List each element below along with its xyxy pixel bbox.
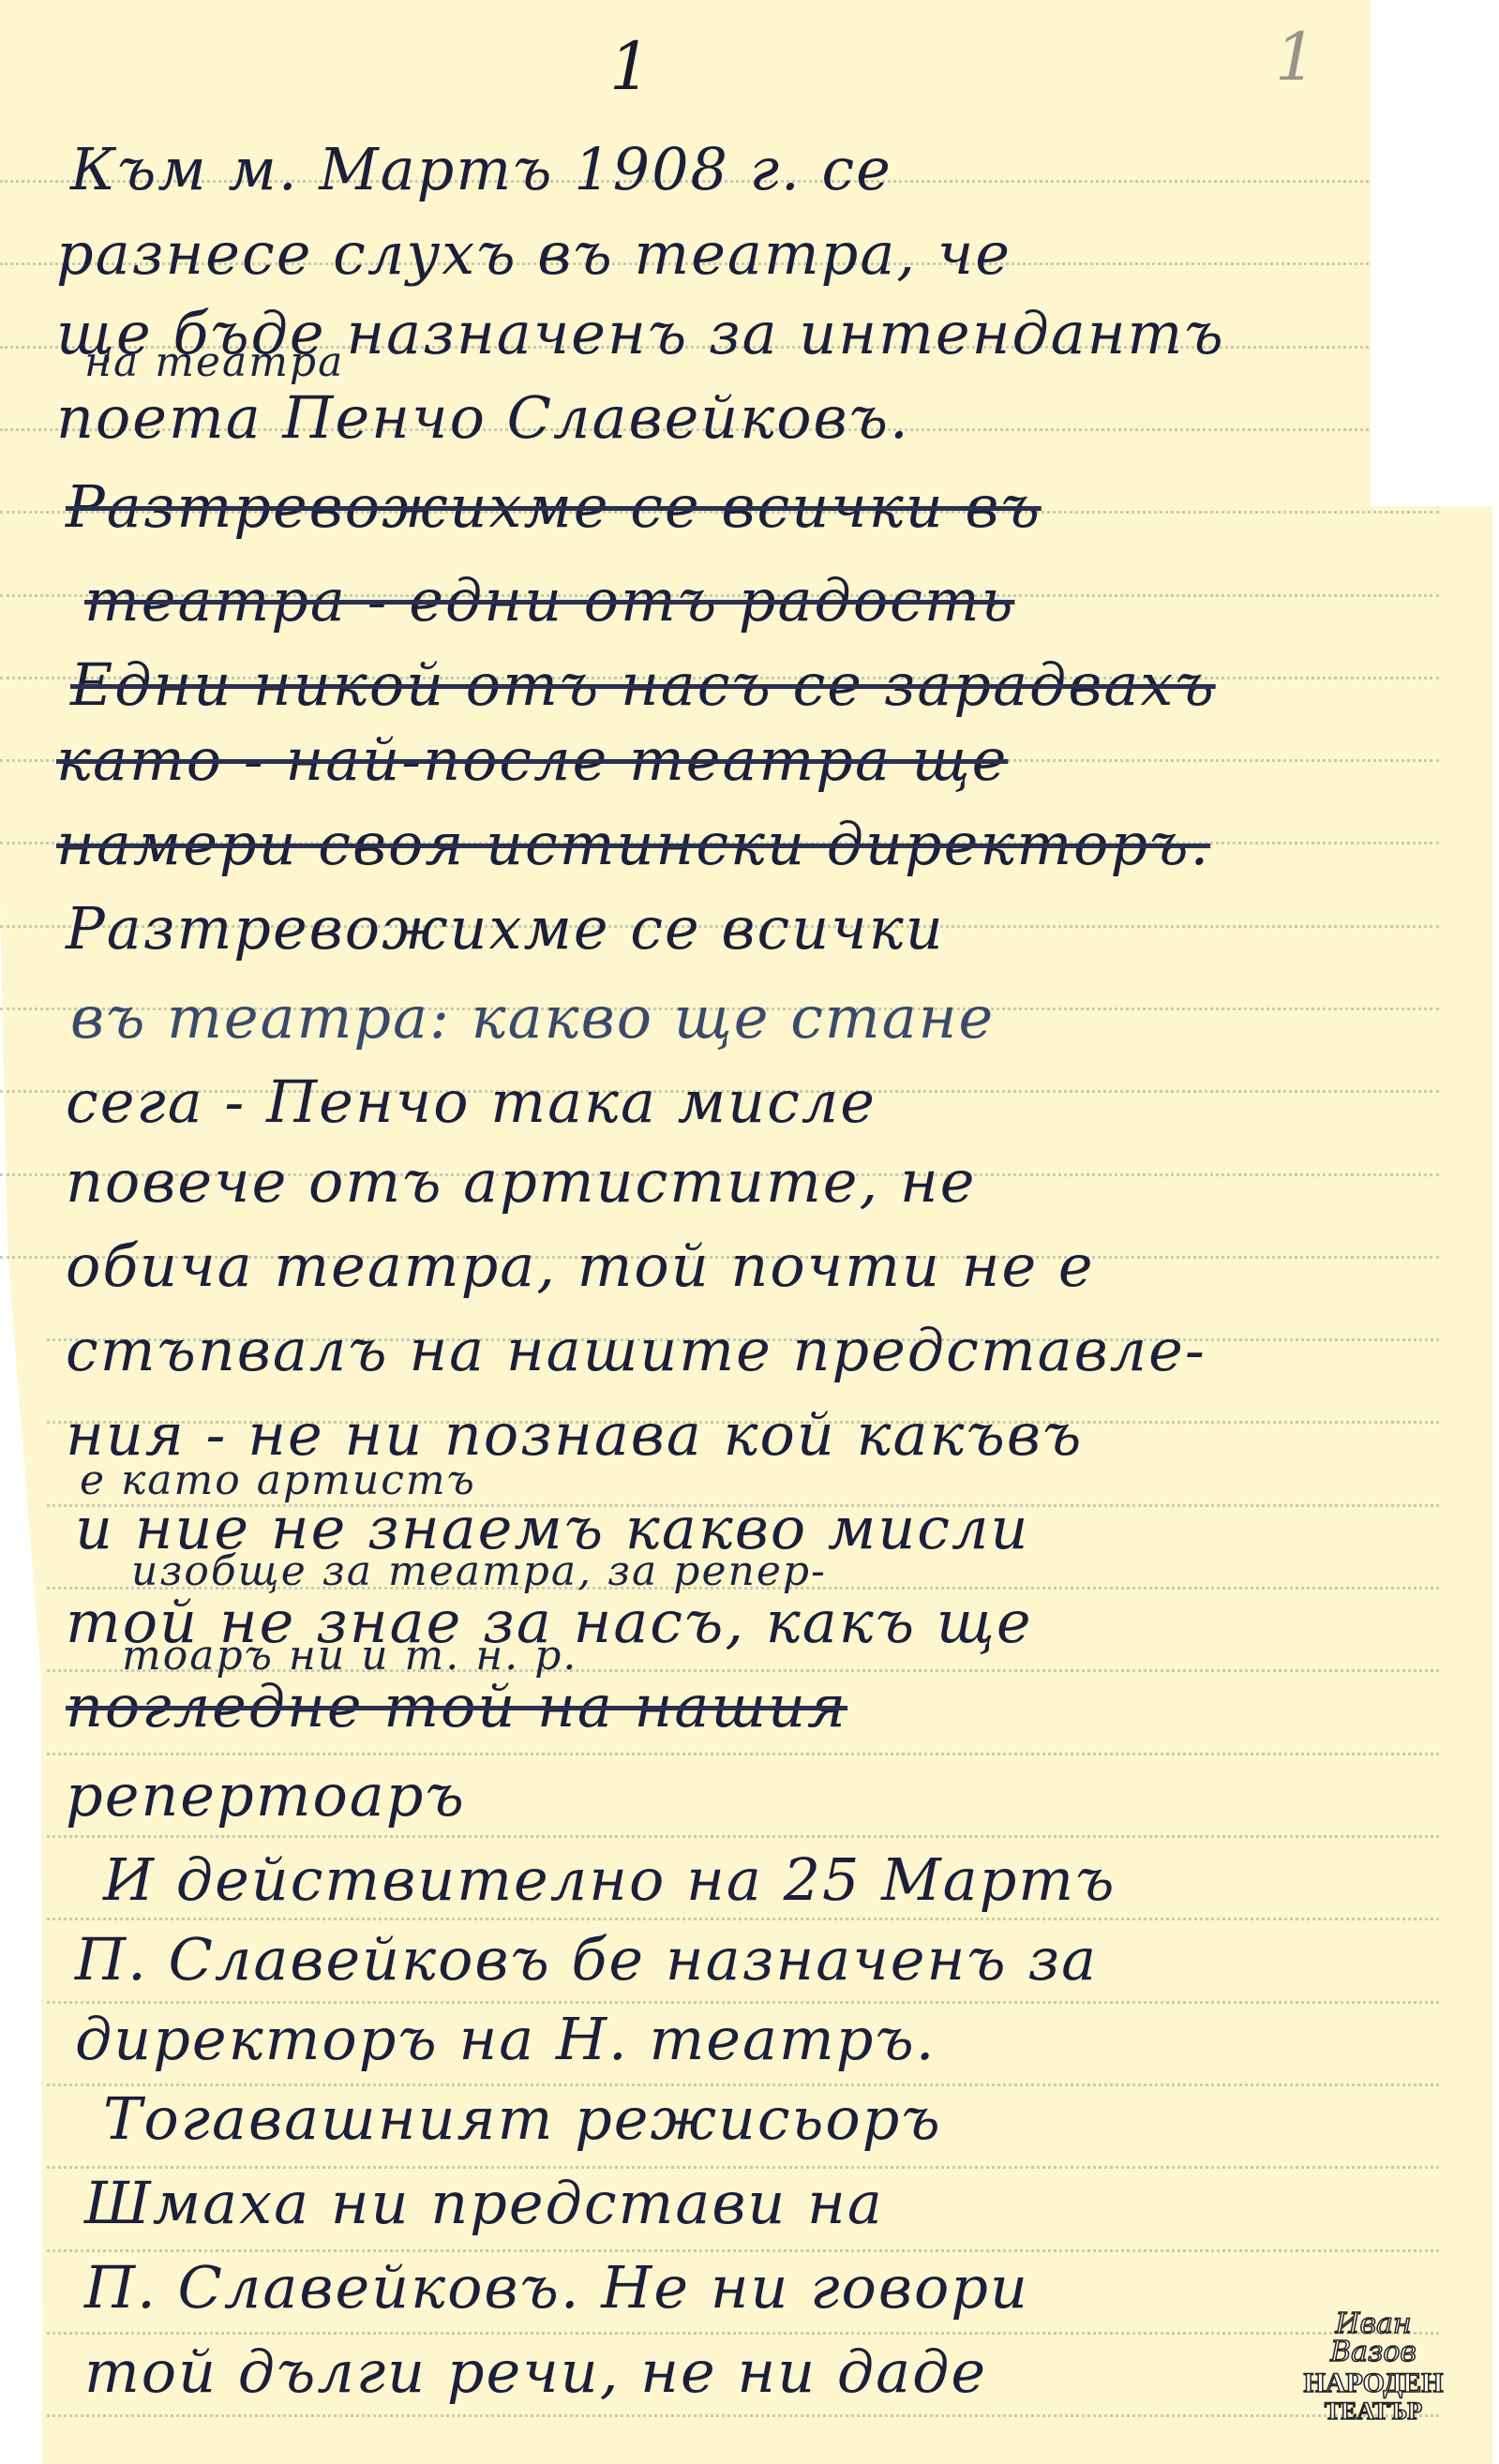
logo-signature: Иван Вазов [1294,2310,1453,2367]
paper-sheet-top [0,0,1371,525]
paper-sheet-main [0,506,1492,2464]
logo-line-2: ТЕАТЪР [1294,2398,1453,2424]
national-theatre-logo: Иван Вазов НАРОДЕН ТЕАТЪР [1294,2310,1453,2424]
logo-line-1: НАРОДЕН [1294,2368,1453,2398]
